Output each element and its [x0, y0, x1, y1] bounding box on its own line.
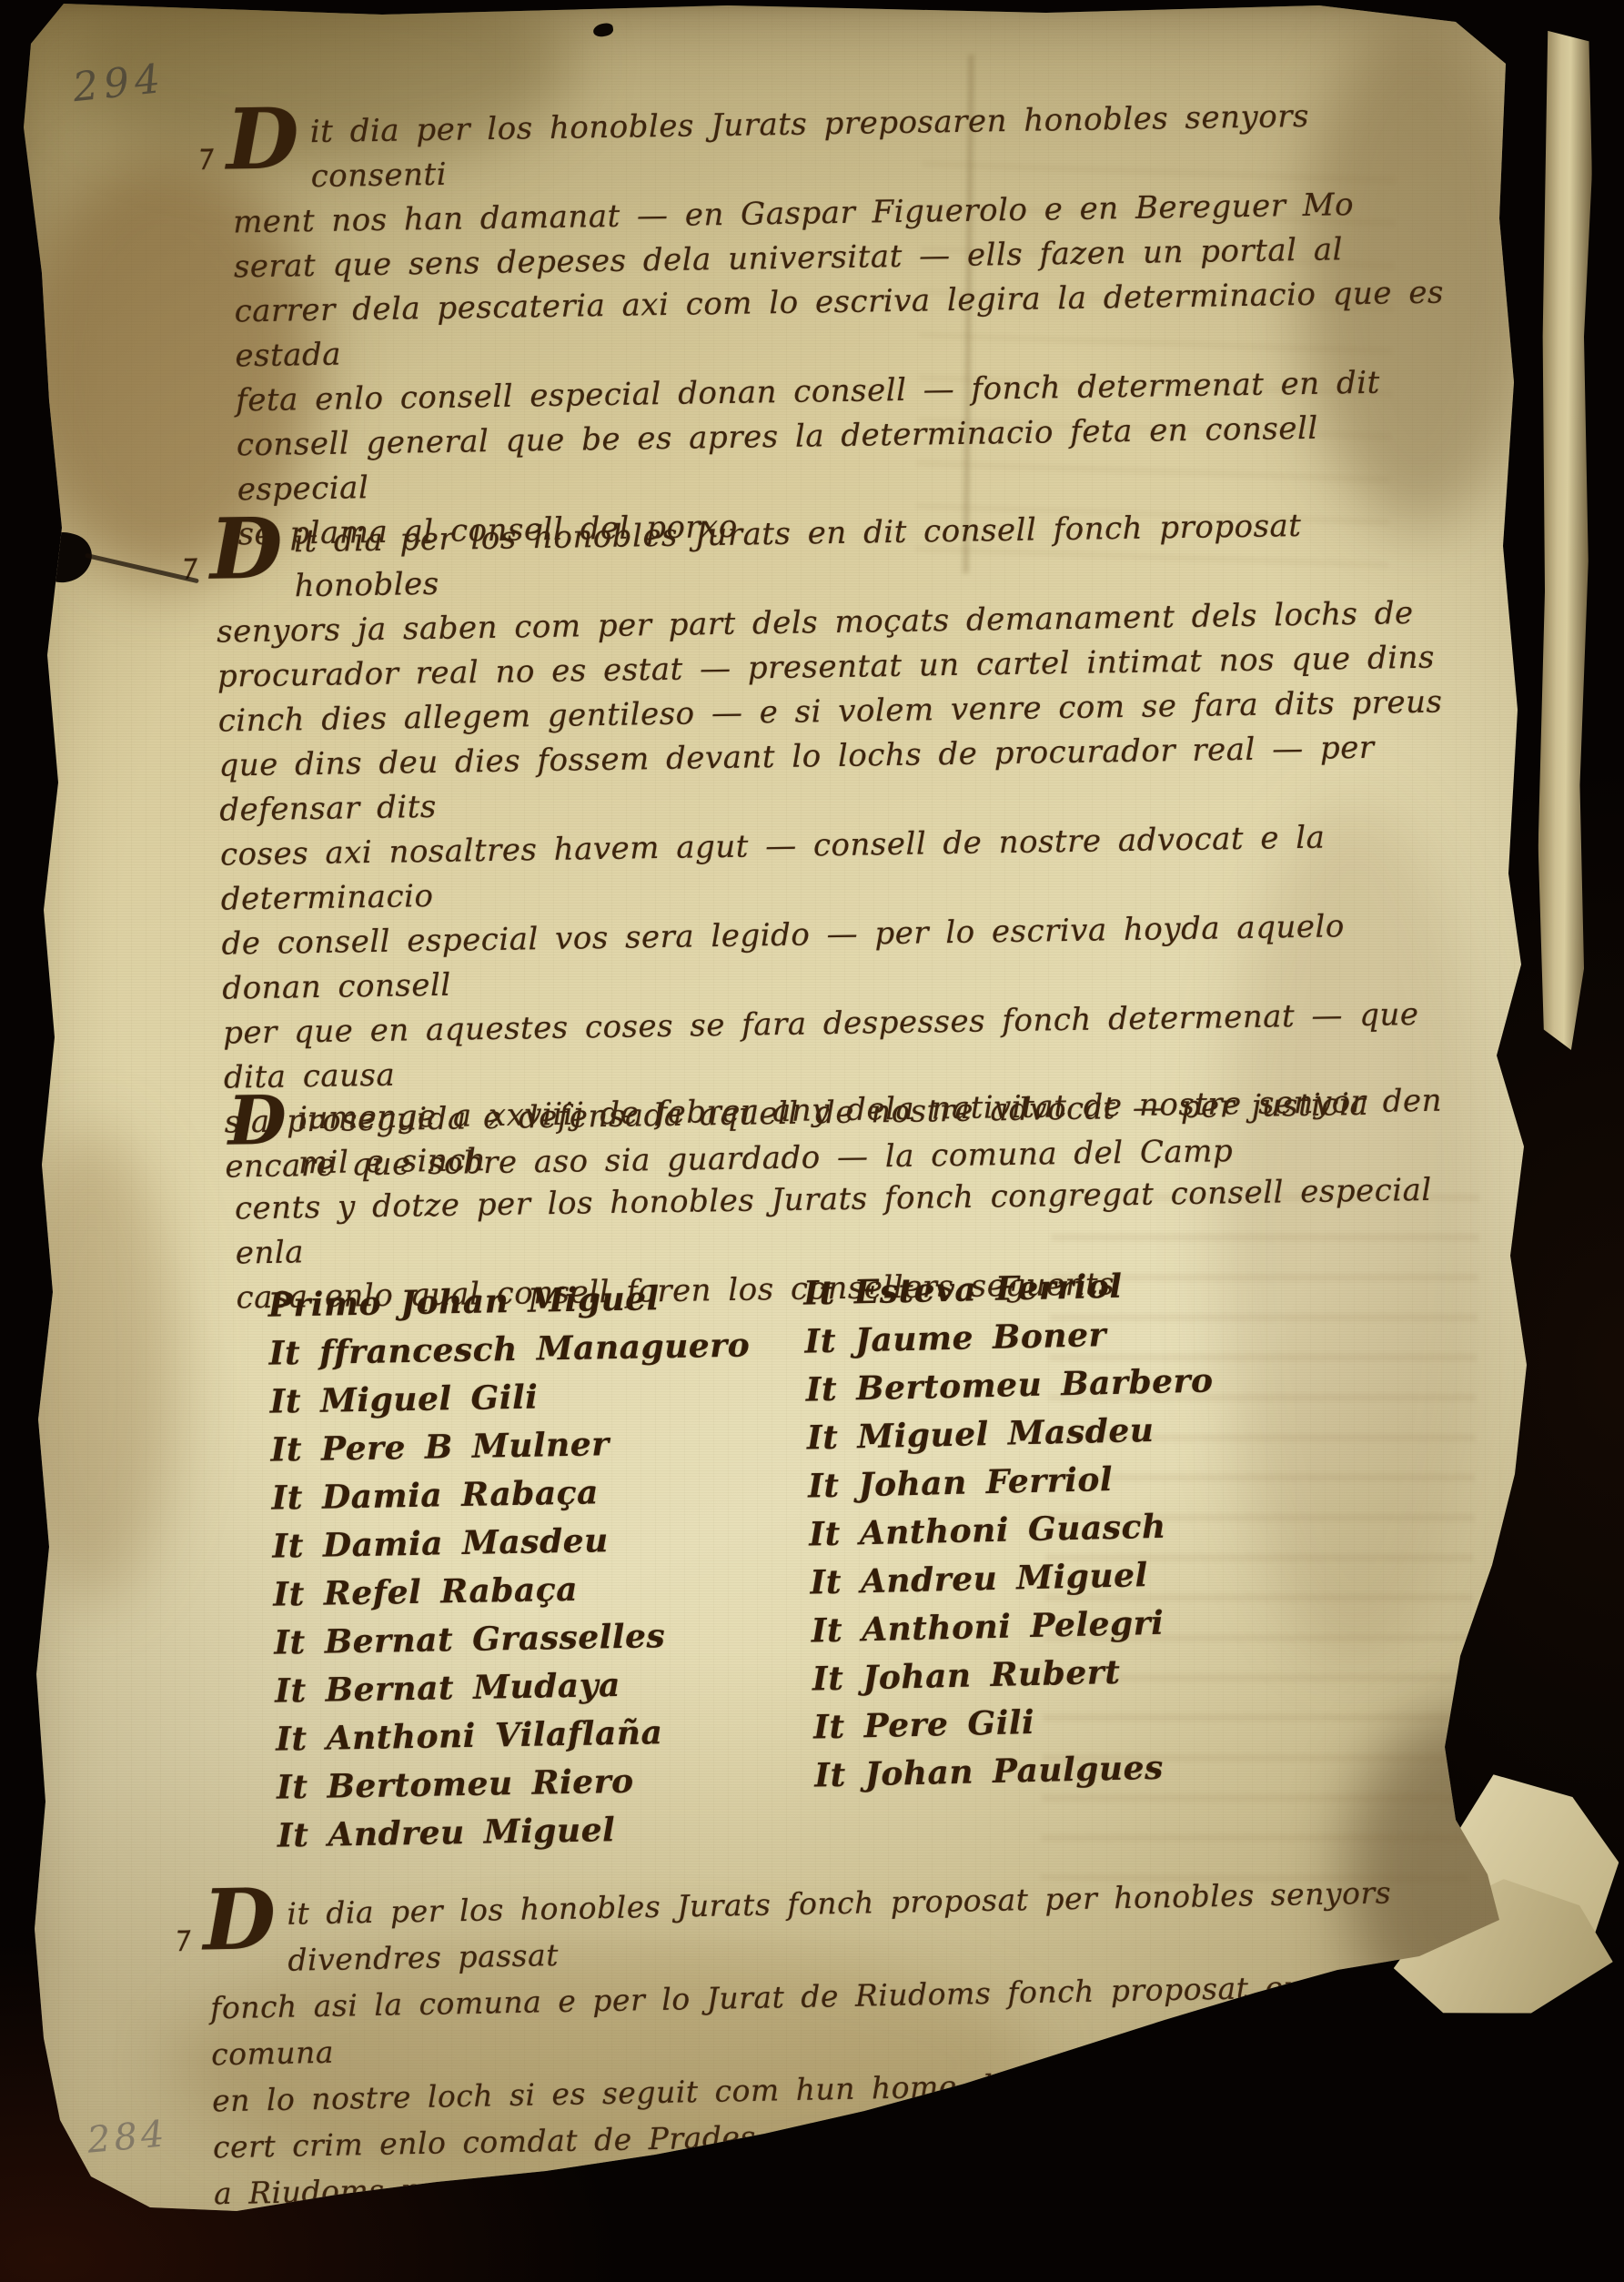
council-members-left-column: Primo Johan Miguel It ffrancesch Manague…: [267, 1273, 759, 1860]
council-member: It Miguel Masdeu: [806, 1405, 1215, 1462]
council-member: It Bernat Grasselles: [274, 1611, 755, 1667]
council-member: It Damia Masdeu: [272, 1514, 753, 1570]
council-members-list: Primo Johan Miguel It ffrancesch Manague…: [267, 1262, 1387, 1882]
council-member: It Anthoni Guasch: [809, 1501, 1217, 1559]
council-member: It Bernat Mudaya: [275, 1659, 756, 1715]
manuscript-page: 294 ⁊ D it dia per los honobles Jurats p…: [0, 0, 1624, 2282]
council-member: It Anthoni Vilaflaña: [276, 1707, 757, 1763]
council-member: It Miguel Gili: [269, 1369, 751, 1426]
ink-speck: [592, 23, 614, 38]
council-member: It Anthoni Pelegri: [811, 1598, 1219, 1655]
council-member: Primo Johan Miguel: [267, 1273, 749, 1329]
initial-letter: D: [226, 106, 299, 171]
council-member: It Bertomeu Riero: [277, 1755, 758, 1812]
council-entry-1: ⁊ D it dia per los honobles Jurats prepo…: [231, 93, 1448, 558]
council-member: It ffrancesch Managuero: [268, 1321, 750, 1378]
paragraph-mark: ⁊: [196, 134, 212, 178]
paragraph-mark: ⁊: [172, 1914, 188, 1961]
entry-text: it dia per los honobles Jurats preposare…: [233, 98, 1444, 553]
folio-number-ink: 294: [71, 56, 168, 111]
initial-letter: D: [209, 516, 283, 581]
initial-letter: D: [227, 1094, 287, 1149]
initial-letter: D: [203, 1887, 277, 1953]
council-member: It Damia Rabaça: [271, 1466, 752, 1522]
folio-number-pencil: 284: [86, 2113, 169, 2162]
manuscript-photo: 294 ⁊ D it dia per los honobles Jurats p…: [0, 0, 1624, 2282]
council-members-right-column: It Esteva Ferriol It Jaume Boner It Bert…: [803, 1260, 1223, 1800]
council-member: It Johan Paulgues: [814, 1742, 1223, 1800]
council-member: It Pere B Mulner: [270, 1418, 751, 1474]
council-member: It Andreu Miguel: [277, 1803, 759, 1860]
council-member: It Refel Rabaça: [273, 1562, 754, 1619]
